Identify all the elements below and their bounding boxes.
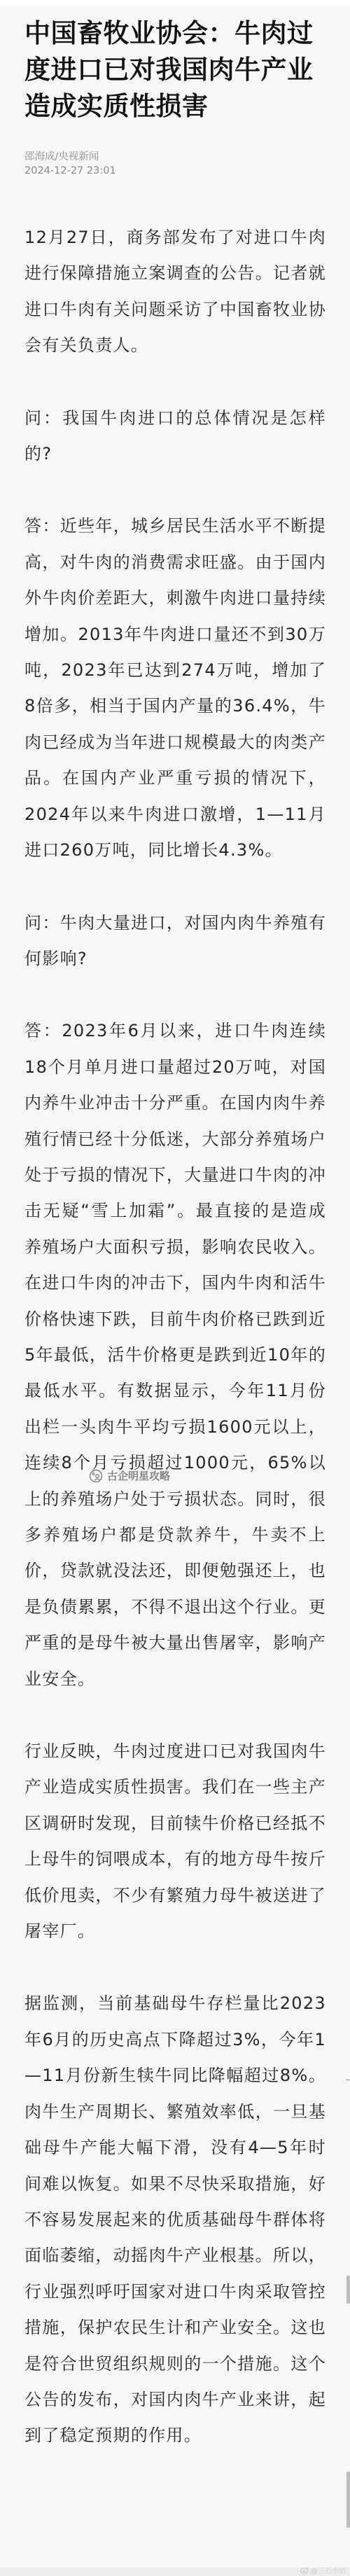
article-meta: 邵海成/央视新闻 2024-12-27 23:01 xyxy=(24,150,326,178)
article-body: 12月27日，商务部发布了对进口牛肉进行保障措施立案调查的公告。记者就进口牛肉有… xyxy=(24,220,326,2454)
bottom-bar: @三石小语 xyxy=(0,2568,350,2576)
paragraph-answer-2: 答：2023年6月以来，进口牛肉连续18个月单月进口量超过20万吨，对国内养牛业… xyxy=(24,1013,326,1697)
overlay-watermark: 古企明星攻略 xyxy=(89,1468,170,1483)
publish-timestamp: 2024-12-27 23:01 xyxy=(24,164,326,178)
scrollbar-thumb[interactable] xyxy=(346,2276,350,2304)
paragraph-monitoring: 据监测，当前基础母牛存栏量比2023年6月的历史高点下降超过3%，今年1—11月… xyxy=(24,1986,326,2453)
bottom-watermark: @三石小语 xyxy=(300,2565,346,2575)
paragraph-intro: 12月27日，商务部发布了对进口牛肉进行保障措施立案调查的公告。记者就进口牛肉有… xyxy=(24,220,326,364)
top-strip xyxy=(0,0,350,6)
user-circle-icon xyxy=(89,1469,103,1483)
bottom-watermark-text: @三石小语 xyxy=(311,2565,346,2575)
scroll-tick xyxy=(346,2080,350,2080)
weibo-icon xyxy=(300,2566,309,2574)
paragraph-answer-1: 答：近些年，城乡居民生活水平不断提高，对牛肉的消费需求旺盛。由于国内外牛肉价差距… xyxy=(24,508,326,868)
paragraph-question-2: 问：牛肉大量进口，对国内肉牛养殖有何影响? xyxy=(24,905,326,977)
scrollbar-thumb-lower[interactable] xyxy=(346,2472,350,2528)
overlay-watermark-text: 古企明星攻略 xyxy=(107,1468,170,1483)
author-source[interactable]: 邵海成/央视新闻 xyxy=(24,150,326,164)
article-title: 中国畜牧业协会：牛肉过度进口已对我国肉牛产业造成实质性损害 xyxy=(24,15,326,125)
paragraph-question-1: 问：我国牛肉进口的总体情况是怎样的? xyxy=(24,401,326,473)
article: 中国畜牧业协会：牛肉过度进口已对我国肉牛产业造成实质性损害 邵海成/央视新闻 2… xyxy=(0,15,350,2454)
paragraph-industry-feedback: 行业反映，牛肉过度进口已对我国肉牛产业造成实质性损害。我们在一些主产区调研时发现… xyxy=(24,1734,326,1949)
